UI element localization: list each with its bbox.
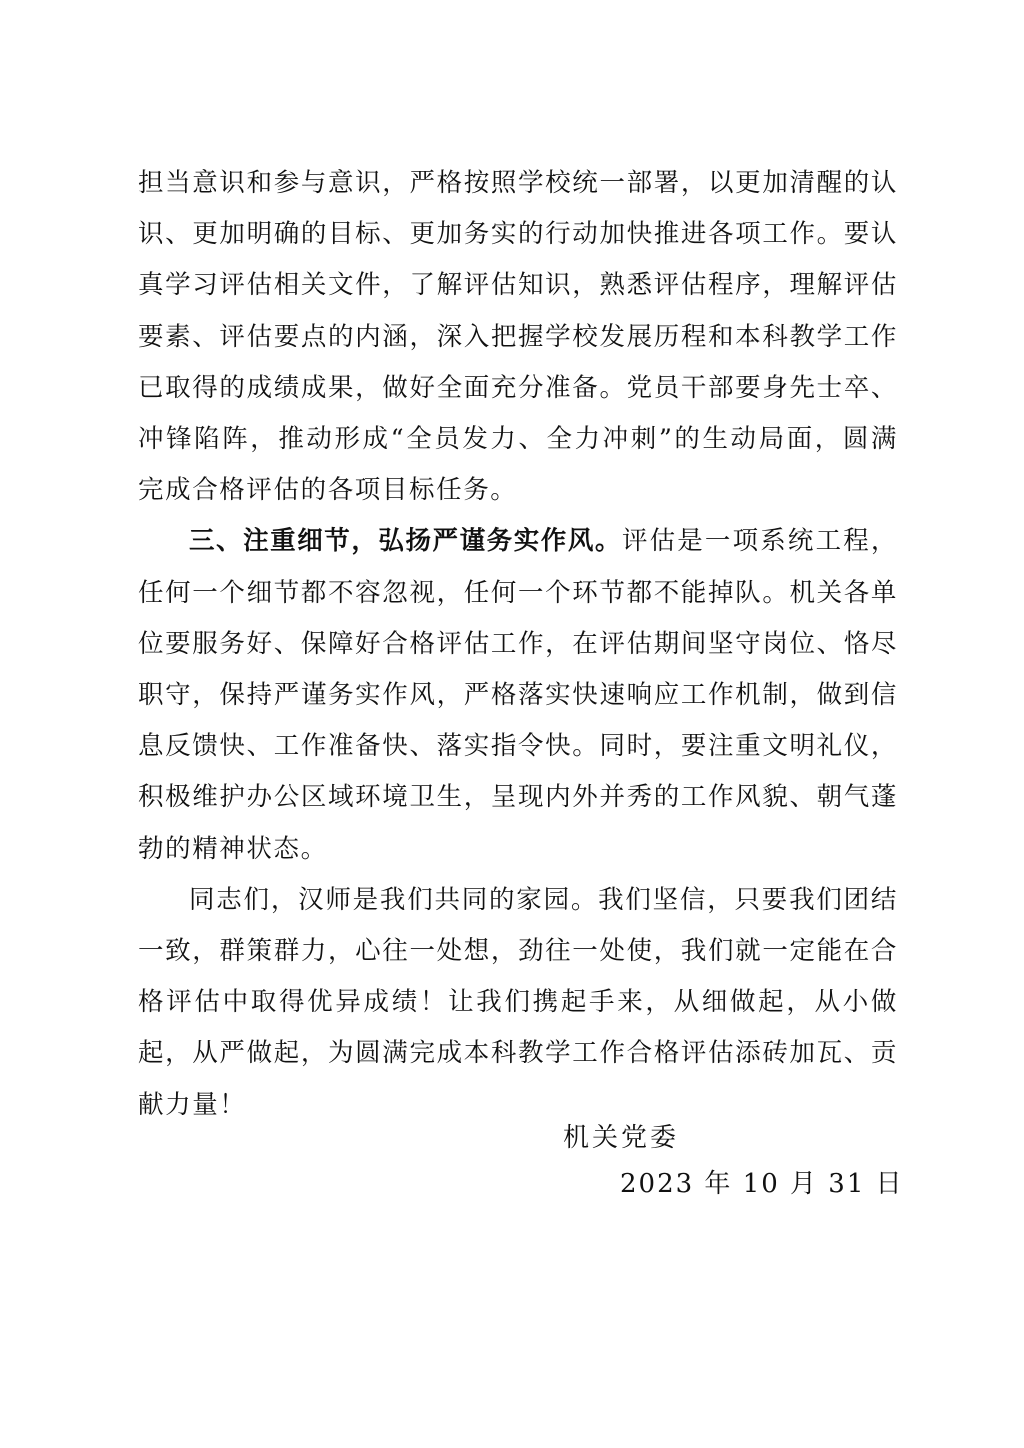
paragraph-text: 同志们，汉师是我们共同的家园。我们坚信，只要我们团结一致，群策群力，心往一处想，… — [138, 885, 898, 1120]
document-page: 担当意识和参与意识，严格按照学校统一部署，以更加清醒的认识、更加明确的目标、更加… — [0, 0, 1024, 1448]
signature-organization: 机关党委 — [563, 1117, 679, 1154]
paragraph-text: 担当意识和参与意识，严格按照学校统一部署，以更加清醒的认识、更加明确的目标、更加… — [138, 168, 898, 505]
signature-date: 2023 年 10 月 31 日 — [620, 1163, 904, 1200]
document-body: 担当意识和参与意识，严格按照学校统一部署，以更加清醒的认识、更加明确的目标、更加… — [138, 158, 898, 1131]
paragraph-text: 评估是一项系统工程，任何一个细节都不容忽视，任何一个环节都不能掉队。机关各单位要… — [138, 526, 898, 863]
section-heading: 三、注重细节，弘扬严谨务实作风。 — [189, 526, 622, 556]
paragraph-closing: 同志们，汉师是我们共同的家园。我们坚信，只要我们团结一致，群策群力，心往一处想，… — [138, 875, 898, 1131]
paragraph-section-three: 三、注重细节，弘扬严谨务实作风。评估是一项系统工程，任何一个细节都不容忽视，任何… — [138, 516, 898, 874]
paragraph-continuation: 担当意识和参与意识，严格按照学校统一部署，以更加清醒的认识、更加明确的目标、更加… — [138, 158, 898, 516]
